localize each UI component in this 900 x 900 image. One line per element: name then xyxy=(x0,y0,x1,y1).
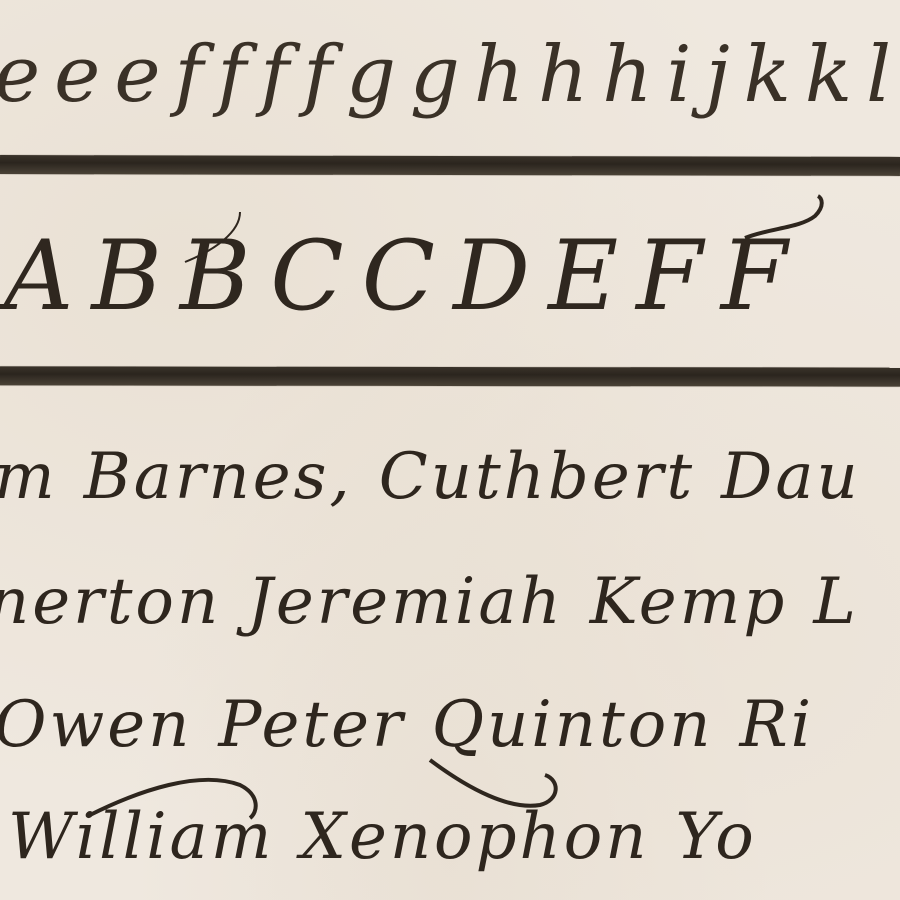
name-word: L xyxy=(813,565,859,639)
name-word: Kemp xyxy=(590,565,788,639)
copybook-plate: eeeffffgghhhijkklllmn ABBCCDEFF mBarnes,… xyxy=(0,0,900,900)
name-word: William xyxy=(8,800,274,874)
name-word: Cuthbert xyxy=(379,440,695,514)
lowercase-alphabet-row: eeeffffgghhhijkklllmn xyxy=(0,30,900,120)
capital-alphabet-row: ABBCCDEFF xyxy=(4,220,805,332)
name-word: Quinton xyxy=(432,688,714,762)
name-word: Xenophon xyxy=(300,800,649,874)
ruled-line-top xyxy=(0,155,900,176)
name-word: Owen xyxy=(0,688,192,762)
names-row-3: OwenPeterQuintonRi xyxy=(0,688,840,762)
names-row-2: nertonJeremiahKempL xyxy=(0,565,885,639)
name-word: m xyxy=(0,440,58,514)
name-word: Peter xyxy=(218,688,405,762)
name-word: Ri xyxy=(739,688,814,762)
names-row-1: mBarnes,CuthbertDau xyxy=(0,440,887,514)
names-row-4: WilliamXenophonYo xyxy=(8,800,783,874)
name-word: Yo xyxy=(676,800,757,874)
name-word: Barnes, xyxy=(84,440,353,514)
name-word: nerton xyxy=(0,565,221,639)
name-word: Dau xyxy=(721,440,861,514)
name-word: Jeremiah xyxy=(247,565,564,639)
ruled-line-bottom xyxy=(0,366,900,386)
